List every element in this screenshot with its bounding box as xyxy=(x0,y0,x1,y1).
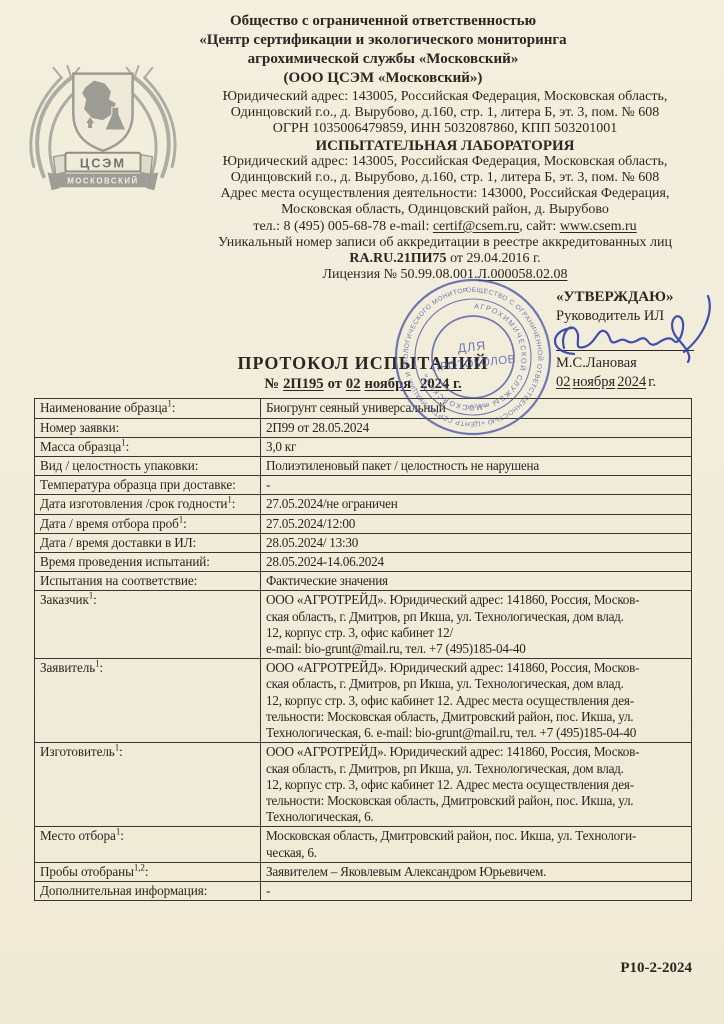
approval-date-day: 02 xyxy=(556,374,571,390)
row-label: Время проведения испытаний: xyxy=(35,553,261,572)
sample-info-table: Наименование образца1:Биогрунт сеяный ун… xyxy=(34,398,692,901)
row-label: Дата / время отбора проб1: xyxy=(35,514,261,533)
lab-address-line: Юридический адрес: 143005, Российская Фе… xyxy=(135,154,724,170)
table-row: Место отбора1:Московская область, Дмитро… xyxy=(35,827,692,862)
row-value: ООО «АГРОТРЕЙД». Юридический адрес: 1418… xyxy=(261,659,692,743)
table-row: Масса образца1:3,0 кг xyxy=(35,437,692,456)
row-value: Полиэтиленовый пакет / целостность не на… xyxy=(261,457,692,476)
table-row: Дополнительная информация:- xyxy=(35,881,692,900)
ribbon-tail-left xyxy=(48,172,60,190)
table-row: Время проведения испытаний:28.05.2024-14… xyxy=(35,553,692,572)
row-label: Изготовитель1: xyxy=(35,743,261,827)
row-value: Московская область, Дмитровский район, п… xyxy=(261,827,692,862)
row-label: Номер заявки: xyxy=(35,418,261,437)
row-label: Дата / время доставки в ИЛ: xyxy=(35,533,261,552)
table-row: Вид / целостность упаковки:Полиэтиленовы… xyxy=(35,457,692,476)
accreditation-number: RA.RU.21ПИ75 xyxy=(349,251,446,266)
row-value: 3,0 кг xyxy=(261,437,692,456)
row-label: Температура образца при доставке: xyxy=(35,476,261,495)
phone-text: тел.: 8 (495) 005-68-78 e-mail: xyxy=(253,219,433,234)
protocol-number: 2П195 xyxy=(283,376,324,392)
site-label: , сайт: xyxy=(519,219,560,234)
table-row: Изготовитель1:ООО «АГРОТРЕЙД». Юридическ… xyxy=(35,743,692,827)
protocol-day: 02 xyxy=(346,376,361,392)
table-row: Дата / время отбора проб1:27.05.2024/12:… xyxy=(35,514,692,533)
lab-address-line: Адрес места осуществления деятельности: … xyxy=(135,186,724,202)
lab-address-line: Одинцовский г.о., д. Вырубово, д.160, ст… xyxy=(135,170,724,186)
lab-address-line: Московская область, Одинцовский район, д… xyxy=(135,202,724,218)
table-row: Температура образца при доставке:- xyxy=(35,476,692,495)
website-link[interactable]: www.csem.ru xyxy=(560,219,637,234)
row-value: ООО «АГРОТРЕЙД». Юридический адрес: 1418… xyxy=(261,591,692,659)
contact-line: тел.: 8 (495) 005-68-78 e-mail: certif@c… xyxy=(135,219,724,235)
row-value: Заявителем – Яковлевым Александром Юрьев… xyxy=(261,862,692,881)
accreditation-date: от 29.04.2016 г. xyxy=(447,251,541,266)
number-sign: № xyxy=(264,376,279,392)
sample-info-rows: Наименование образца1:Биогрунт сеяный ун… xyxy=(35,399,692,901)
table-row: Заказчик1:ООО «АГРОТРЕЙД». Юридический а… xyxy=(35,591,692,659)
row-label: Заявитель1: xyxy=(35,659,261,743)
table-row: Дата / время доставки в ИЛ:28.05.2024/ 1… xyxy=(35,533,692,552)
row-label: Наименование образца1: xyxy=(35,399,261,418)
accreditation-number-line: RA.RU.21ПИ75 от 29.04.2016 г. xyxy=(135,251,724,267)
signature-area xyxy=(556,326,724,354)
signature-icon xyxy=(538,292,724,366)
lab-title: ИСПЫТАТЕЛЬНАЯ ЛАБОРАТОРИЯ xyxy=(135,138,724,154)
protocols-stamp-icon: ОБЩЕСТВО С ОГРАНИЧЕННОЙ ОТВЕТСТВЕННОСТЬЮ… xyxy=(384,268,562,446)
org-address-line: Одинцовский г.о., д. Вырубово, д.160, ст… xyxy=(135,105,724,121)
approval-date: 02ноября2024г. xyxy=(556,373,724,392)
approval-date-year: 2024 xyxy=(617,374,646,390)
banner-end-left xyxy=(54,155,66,175)
row-value: 28.05.2024-14.06.2024 xyxy=(261,553,692,572)
email-link[interactable]: certif@csem.ru xyxy=(433,219,519,234)
row-value: 28.05.2024/ 13:30 xyxy=(261,533,692,552)
accreditation-line: Уникальный номер записи об аккредитации … xyxy=(135,235,724,251)
banner-end-right xyxy=(140,155,152,175)
stamp-center-line2: ПРОТОКОЛОВ xyxy=(431,354,516,375)
row-label: Дата изготовления /срок годности1: xyxy=(35,495,261,514)
logo-shield-label: ЦСЭМ xyxy=(80,156,126,171)
row-label: Испытания на соответствие: xyxy=(35,572,261,591)
of-word: от xyxy=(328,376,342,392)
approval-block: «УТВЕРЖДАЮ» Руководитель ИЛ М.С.Лановая … xyxy=(556,288,724,392)
form-code: Р10-2-2024 xyxy=(620,960,692,977)
row-label: Вид / целостность упаковки: xyxy=(35,457,261,476)
row-label: Пробы отобраны1,2: xyxy=(35,862,261,881)
document-page: ЦСЭМ МОСКОВСКИЙ Общество с ограниченной … xyxy=(0,0,724,1024)
row-value: Фактические значения xyxy=(261,572,692,591)
approval-date-suffix: г. xyxy=(648,374,656,390)
table-row: Испытания на соответствие:Фактические зн… xyxy=(35,572,692,591)
approval-date-month: ноября xyxy=(573,374,616,390)
csem-logo-icon: ЦСЭМ МОСКОВСКИЙ xyxy=(14,46,182,214)
row-label: Дополнительная информация: xyxy=(35,881,261,900)
row-value: 27.05.2024/12:00 xyxy=(261,514,692,533)
row-value: ООО «АГРОТРЕЙД». Юридический адрес: 1418… xyxy=(261,743,692,827)
header-details: Юридический адрес: 143005, Российская Фе… xyxy=(135,89,724,283)
stamp-center-line1: ДЛЯ xyxy=(457,339,487,356)
row-label: Место отбора1: xyxy=(35,827,261,862)
org-address-line: Юридический адрес: 143005, Российская Фе… xyxy=(135,89,724,105)
row-value: - xyxy=(261,881,692,900)
table-row: Номер заявки:2П99 от 28.05.2024 xyxy=(35,418,692,437)
org-address-line: ОГРН 1035006479859, ИНН 5032087860, КПП … xyxy=(135,121,724,137)
row-value: - xyxy=(261,476,692,495)
ribbon-tail-right xyxy=(146,172,158,190)
logo-ribbon-label: МОСКОВСКИЙ xyxy=(67,176,138,185)
table-row: Дата изготовления /срок годности1:27.05.… xyxy=(35,495,692,514)
row-label: Масса образца1: xyxy=(35,437,261,456)
table-row: Пробы отобраны1,2:Заявителем – Яковлевым… xyxy=(35,862,692,881)
org-line: Общество с ограниченной ответственностью xyxy=(93,12,673,31)
row-label: Заказчик1: xyxy=(35,591,261,659)
row-value: 27.05.2024/не ограничен xyxy=(261,495,692,514)
table-row: Наименование образца1:Биогрунт сеяный ун… xyxy=(35,399,692,418)
table-row: Заявитель1:ООО «АГРОТРЕЙД». Юридический … xyxy=(35,659,692,743)
